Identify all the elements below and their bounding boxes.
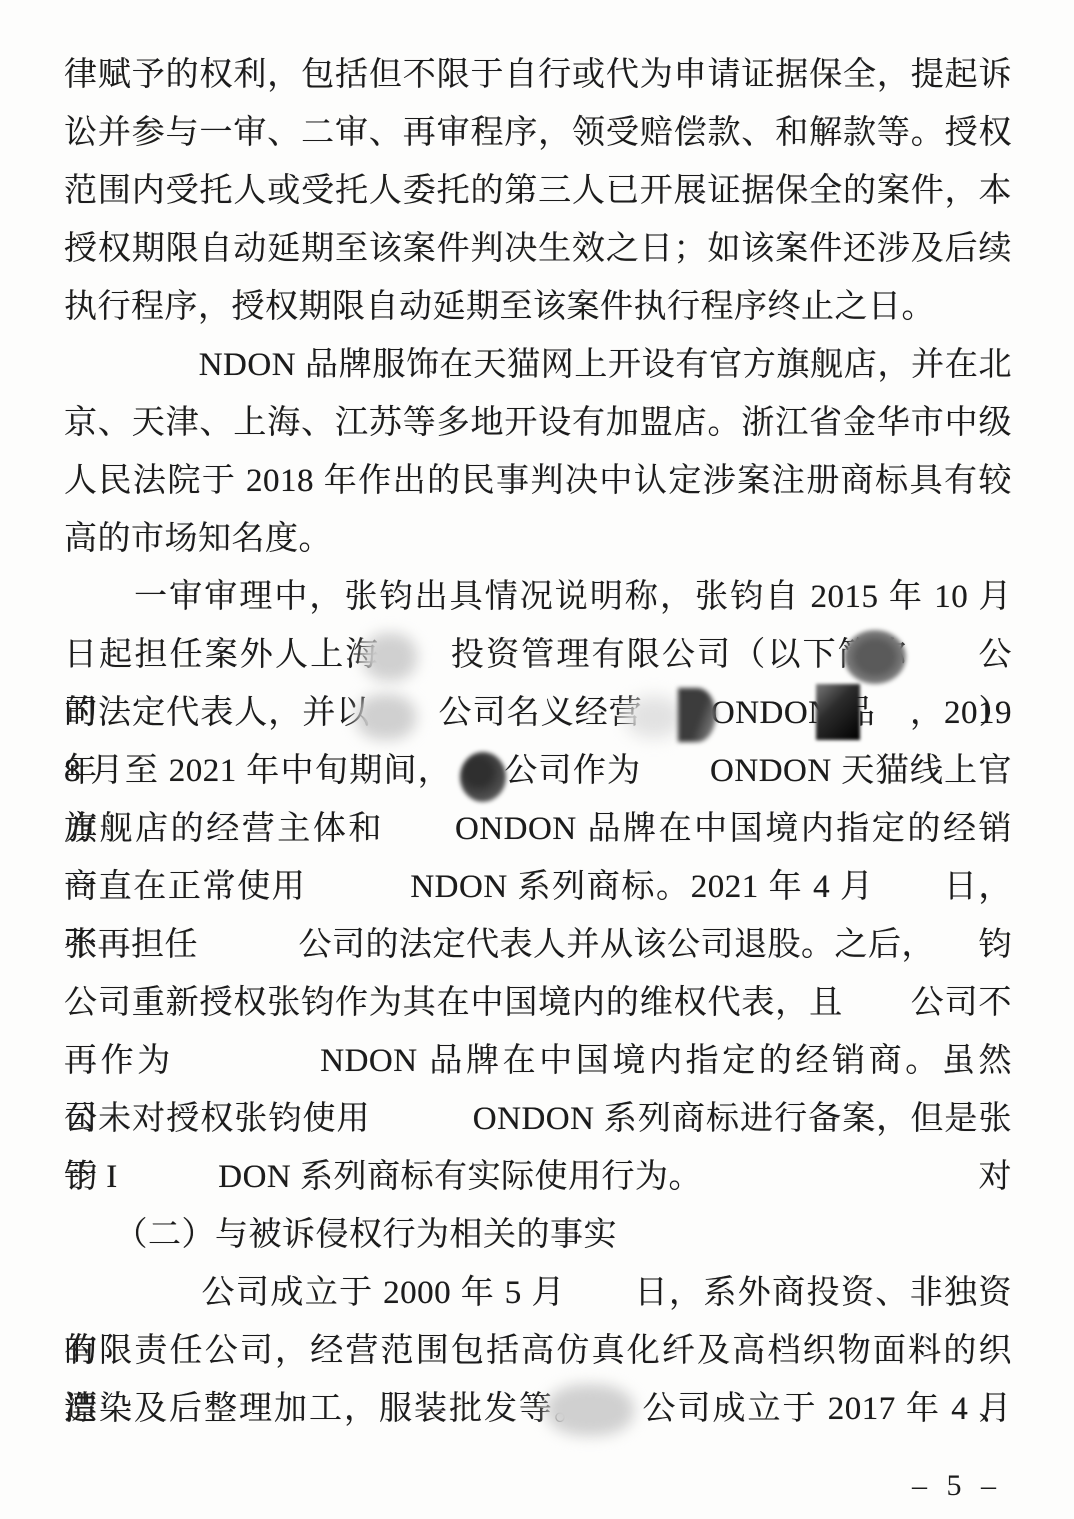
text-line: 京、天津、上海、江苏等多地开设有加盟店。浙江省金华市中级 <box>64 394 1012 452</box>
text-line: 高的市场知名度。 <box>64 510 1012 568</box>
text-line: 范围内受托人或受托人委托的第三人已开展证据保全的案件，本 <box>64 162 1012 220</box>
text-line: 一直在正常使用 NDON 系列商标。2021 年 4 月 日，张钧 <box>64 858 1012 916</box>
text-line: 讼并参与一审、二审、再审程序，领受赔偿款、和解款等。授权 <box>64 104 1012 162</box>
text-line: 漂染及后整理加工，服装批发等。 公司成立于 2017 年 4 月 <box>64 1380 1012 1438</box>
text-line: 有限责任公司，经营范围包括高仿真化纤及高档织物面料的织造、 <box>64 1322 1012 1380</box>
text-line: 的法定代表人，并以 公司名义经营 ONDON 品 ，2019 年 <box>64 684 1012 742</box>
page-number: – 5 – <box>912 1469 1002 1503</box>
text-line: 公司成立于 2000 年 5 月 日，系外商投资、非独资的 <box>64 1264 1012 1322</box>
text-line: NDON 品牌服饰在天猫网上开设有官方旗舰店，并在北 <box>64 336 1012 394</box>
text-line: （二）与被诉侵权行为相关的事实 <box>64 1206 1012 1264</box>
text-line: 8 月至 2021 年中旬期间， 公司作为 ONDON 天猫线上官方 <box>64 742 1012 800</box>
text-line: 旗舰店的经营主体和 ONDON 品牌在中国境内指定的经销商， <box>64 800 1012 858</box>
text-line: 不再担任 公司的法定代表人并从该公司退股。之后， <box>64 916 1012 974</box>
body-text: 律赋予的权利，包括但不限于自行或代为申请证据保全，提起诉 讼并参与一审、二审、再… <box>64 46 1012 1438</box>
text-line: 执行程序，授权期限自动延期至该案件执行程序终止之日。 <box>64 278 1012 336</box>
text-line: 日起担任案外人上海 投资管理有限公司（以下简称 公司） <box>64 626 1012 684</box>
text-line: 人民法院于 2018 年作出的民事判决中认定涉案注册商标具有较 <box>64 452 1012 510</box>
text-line: 授权期限自动延期至该案件判决生效之日；如该案件还涉及后续 <box>64 220 1012 278</box>
text-line: 一审审理中，张钧出具情况说明称，张钧自 2015 年 10 月 <box>64 568 1012 626</box>
text-line: 公司重新授权张钧作为其在中国境内的维权代表，且 公司不 <box>64 974 1012 1032</box>
text-line: 司未对授权张钧使用 ONDON 系列商标进行备案，但是张钧对 <box>64 1090 1012 1148</box>
text-line: 律赋予的权利，包括但不限于自行或代为申请证据保全，提起诉 <box>64 46 1012 104</box>
document-page: 律赋予的权利，包括但不限于自行或代为申请证据保全，提起诉 讼并参与一审、二审、再… <box>0 0 1074 1519</box>
text-line: 再作为 NDON 品牌在中国境内指定的经销商。虽然 公 <box>64 1032 1012 1090</box>
